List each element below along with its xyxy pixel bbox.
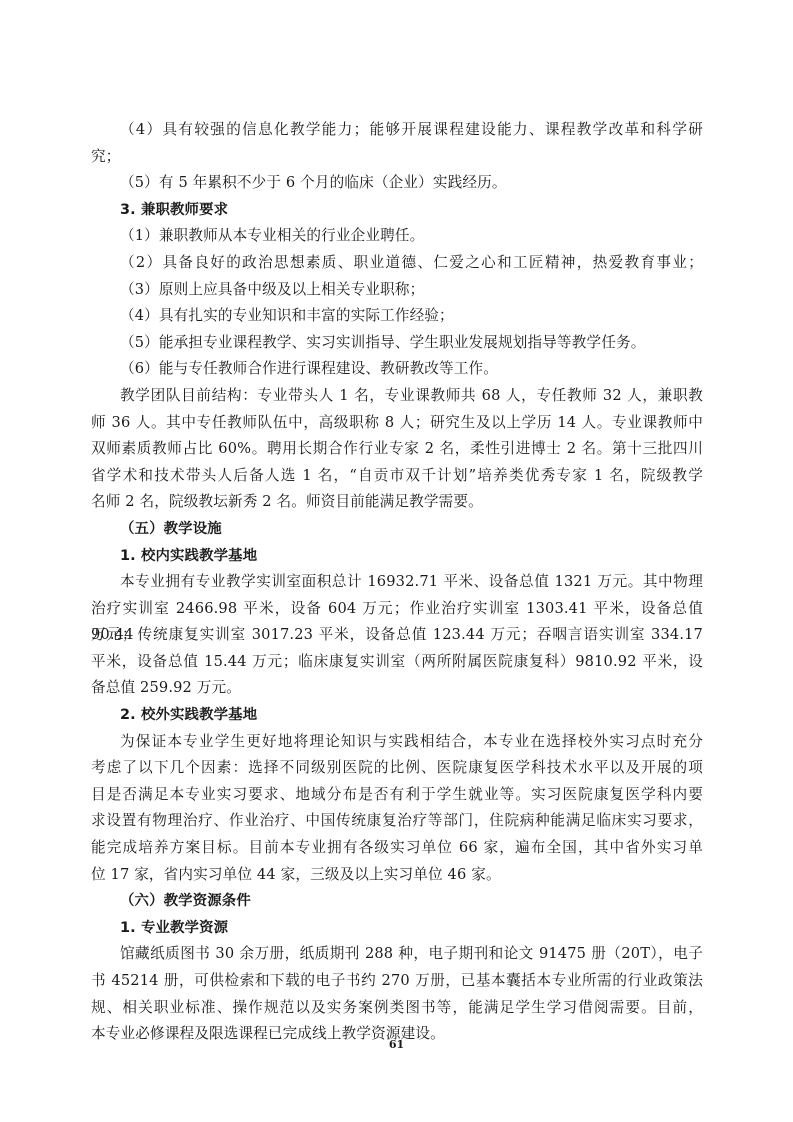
text-line: （6）能与专任教师合作进行课程建设、教研教改等工作。 <box>91 356 703 383</box>
section-heading: 2. 校外实践教学基地 <box>91 702 703 729</box>
page-number: 61 <box>0 1038 793 1051</box>
text-line: 本专业拥有专业教学实训室面积总计 16932.71 平米、设备总值 1321 万… <box>91 569 703 596</box>
page-body: （4）具有较强的信息化教学能力；能够开展课程建设能力、课程教学改革和科学研究；（… <box>91 117 703 1048</box>
text-line: 考虑了以下几个因素：选择不同级别医院的比例、医院康复医学科技术水平以及开展的项 <box>91 755 703 782</box>
text-line: （2）具备良好的政治思想素质、职业道德、仁爱之心和工匠精神，热爱教育事业； <box>91 250 703 277</box>
section-heading: （六）教学资源条件 <box>91 888 703 915</box>
text-line: （5）有 5 年累积不少于 6 个月的临床（企业）实践经历。 <box>91 170 703 197</box>
text-line: （4）具有扎实的专业知识和丰富的实际工作经验； <box>91 303 703 330</box>
text-line: 目是否满足本专业实习要求、地域分布是否有利于学生就业等。实习医院康复医学科内要 <box>91 782 703 809</box>
text-line: 平米，设备总值 15.44 万元；临床康复实训室（两所附属医院康复科）9810.… <box>91 649 703 676</box>
text-line: 师 36 人。其中专任教师队伍中，高级职称 8 人；研究生及以上学历 14 人。… <box>91 410 703 437</box>
text-line: 书 45214 册，可供检索和下载的电子书约 270 万册，已基本囊括本专业所需… <box>91 968 703 995</box>
section-heading: （五）教学设施 <box>91 516 703 543</box>
text-line: （3）原则上应具备中级及以上相关专业职称； <box>91 277 703 304</box>
text-line: 备总值 259.92 万元。 <box>91 675 703 702</box>
text-line: （4）具有较强的信息化教学能力；能够开展课程建设能力、课程教学改革和科学研 <box>91 117 703 144</box>
text-line: （1）兼职教师从本专业相关的行业企业聘任。 <box>91 223 703 250</box>
text-line: 究； <box>91 144 703 171</box>
text-line: 求设置有物理治疗、作业治疗、中国传统康复治疗等部门，住院病种能满足临床实习要求， <box>91 808 703 835</box>
text-line: 治疗实训室 2466.98 平米，设备 604 万元；作业治疗实训室 1303.… <box>91 596 703 623</box>
section-heading: 1. 专业教学资源 <box>91 915 703 942</box>
text-line: 万元；传统康复实训室 3017.23 平米，设备总值 123.44 万元；吞咽言… <box>91 622 703 649</box>
text-line: 能完成培养方案目标。目前本专业拥有各级实习单位 66 家，遍布全国，其中省外实习… <box>91 835 703 862</box>
text-line: 规、相关职业标准、操作规范以及实务案例类图书等，能满足学生学习借阅需要。目前， <box>91 995 703 1022</box>
text-line: 位 17 家，省内实习单位 44 家，三级及以上实习单位 46 家。 <box>91 862 703 889</box>
text-line: 省学术和技术带头人后备人选 1 名，“自贡市双千计划”培养类优秀专家 1 名，院… <box>91 463 703 490</box>
text-line: 为保证本专业学生更好地将理论知识与实践相结合，本专业在选择校外实习点时充分 <box>91 729 703 756</box>
text-line: 名师 2 名，院级教坛新秀 2 名。师资目前能满足教学需要。 <box>91 489 703 516</box>
text-line: 双师素质教师占比 60%。聘用长期合作行业专家 2 名，柔性引进博士 2 名。第… <box>91 436 703 463</box>
document-page: （4）具有较强的信息化教学能力；能够开展课程建设能力、课程教学改革和科学研究；（… <box>0 0 793 1122</box>
section-heading: 3. 兼职教师要求 <box>91 197 703 224</box>
text-line: 馆藏纸质图书 30 余万册，纸质期刊 288 种，电子期刊和论文 91475 册… <box>91 941 703 968</box>
text-line: 教学团队目前结构：专业带头人 1 名，专业课教师共 68 人，专任教师 32 人… <box>91 383 703 410</box>
text-line: （5）能承担专业课程教学、实习实训指导、学生职业发展规划指导等教学任务。 <box>91 330 703 357</box>
section-heading: 1. 校内实践教学基地 <box>91 543 703 570</box>
